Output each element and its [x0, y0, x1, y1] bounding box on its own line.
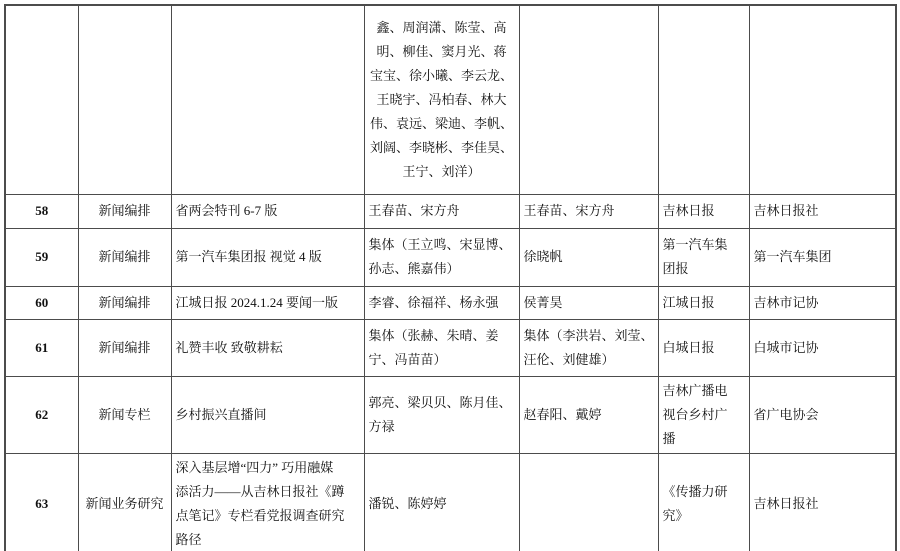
table-row-61: 61 新闻编排 礼赞丰收 致敬耕耘 集体（张赫、朱晴、姜 宁、冯苗苗） 集体（李… — [5, 319, 896, 376]
cell-category: 新闻编排 — [78, 286, 171, 319]
cell-category: 新闻编排 — [78, 228, 171, 286]
cell-title: 江城日报 2024.1.24 要闻一版 — [171, 286, 364, 319]
cell-editors — [519, 453, 658, 551]
cell-publication: 第一汽车集 团报 — [658, 228, 749, 286]
cell-entry-number: 62 — [5, 376, 78, 453]
cell-entry-number: 63 — [5, 453, 78, 551]
cell-editors: 侯菁昊 — [519, 286, 658, 319]
cell-category — [78, 5, 171, 194]
cell-publication: 吉林广播电 视台乡村广 播 — [658, 376, 749, 453]
cell-editors: 徐晓帆 — [519, 228, 658, 286]
table-row-63: 63 新闻业务研究 深入基层增“四力” 巧用融媒 添活力——从吉林日报社《蹲 点… — [5, 453, 896, 551]
cell-title: 深入基层增“四力” 巧用融媒 添活力——从吉林日报社《蹲 点笔记》专栏看党报调查… — [171, 453, 364, 551]
cell-title — [171, 5, 364, 194]
cell-entry-number: 61 — [5, 319, 78, 376]
cell-entry-number: 58 — [5, 194, 78, 228]
cell-category: 新闻业务研究 — [78, 453, 171, 551]
cell-entry-number — [5, 5, 78, 194]
cell-authors: 鑫、周润潇、陈莹、高 明、柳佳、窦月光、蒋 宝宝、徐小曦、李云龙、 王晓宇、冯柏… — [364, 5, 519, 194]
cell-publication: 吉林日报 — [658, 194, 749, 228]
table-row-58: 58 新闻编排 省两会特刊 6-7 版 王春苗、宋方舟 王春苗、宋方舟 吉林日报… — [5, 194, 896, 228]
cell-authors: 集体（王立鸣、宋显博、 孙志、熊嘉伟） — [364, 228, 519, 286]
cell-title: 省两会特刊 6-7 版 — [171, 194, 364, 228]
cell-publication: 江城日报 — [658, 286, 749, 319]
cell-entry-number: 60 — [5, 286, 78, 319]
cell-authors: 潘锐、陈婷婷 — [364, 453, 519, 551]
cell-publication: 白城日报 — [658, 319, 749, 376]
cell-organization: 吉林日报社 — [749, 453, 896, 551]
cell-authors: 李睿、徐福祥、杨永强 — [364, 286, 519, 319]
awards-table: 鑫、周润潇、陈莹、高 明、柳佳、窦月光、蒋 宝宝、徐小曦、李云龙、 王晓宇、冯柏… — [4, 4, 897, 551]
table-row-59: 59 新闻编排 第一汽车集团报 视觉 4 版 集体（王立鸣、宋显博、 孙志、熊嘉… — [5, 228, 896, 286]
cell-category: 新闻编排 — [78, 194, 171, 228]
cell-entry-number: 59 — [5, 228, 78, 286]
cell-category: 新闻专栏 — [78, 376, 171, 453]
cell-publication — [658, 5, 749, 194]
cell-organization: 白城市记协 — [749, 319, 896, 376]
cell-editors: 王春苗、宋方舟 — [519, 194, 658, 228]
table-row-60: 60 新闻编排 江城日报 2024.1.24 要闻一版 李睿、徐福祥、杨永强 侯… — [5, 286, 896, 319]
cell-organization: 省广电协会 — [749, 376, 896, 453]
cell-organization: 吉林日报社 — [749, 194, 896, 228]
cell-authors: 郭亮、梁贝贝、陈月佳、 方禄 — [364, 376, 519, 453]
cell-title: 礼赞丰收 致敬耕耘 — [171, 319, 364, 376]
cell-category: 新闻编排 — [78, 319, 171, 376]
cell-editors: 赵春阳、戴婷 — [519, 376, 658, 453]
cell-publication: 《传播力研 究》 — [658, 453, 749, 551]
document-page: 鑫、周润潇、陈莹、高 明、柳佳、窦月光、蒋 宝宝、徐小曦、李云龙、 王晓宇、冯柏… — [0, 0, 900, 551]
cell-authors: 集体（张赫、朱晴、姜 宁、冯苗苗） — [364, 319, 519, 376]
cell-organization — [749, 5, 896, 194]
cell-title: 第一汽车集团报 视觉 4 版 — [171, 228, 364, 286]
cell-authors: 王春苗、宋方舟 — [364, 194, 519, 228]
table-row-62: 62 新闻专栏 乡村振兴直播间 郭亮、梁贝贝、陈月佳、 方禄 赵春阳、戴婷 吉林… — [5, 376, 896, 453]
cell-organization: 吉林市记协 — [749, 286, 896, 319]
table-row-57-continuation: 鑫、周润潇、陈莹、高 明、柳佳、窦月光、蒋 宝宝、徐小曦、李云龙、 王晓宇、冯柏… — [5, 5, 896, 194]
cell-organization: 第一汽车集团 — [749, 228, 896, 286]
cell-title: 乡村振兴直播间 — [171, 376, 364, 453]
cell-editors — [519, 5, 658, 194]
cell-editors: 集体（李洪岩、刘莹、 汪伦、刘健雄） — [519, 319, 658, 376]
